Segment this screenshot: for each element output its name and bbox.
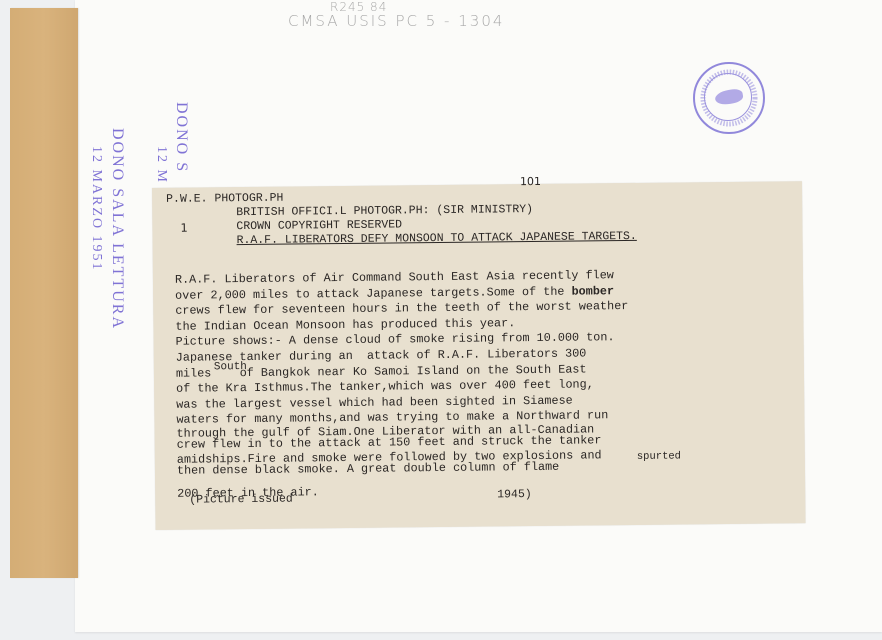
header-line-pwe: P.W.E. PHOTOGR.PH bbox=[166, 192, 283, 206]
stamp-dono-sala-lettura: DONO SALA LETTURA bbox=[108, 128, 126, 330]
inserted-word-south: South bbox=[214, 360, 247, 376]
caption-body: R.A.F. Liberators of Air Command South E… bbox=[175, 268, 630, 502]
page-number: 101 bbox=[520, 175, 541, 188]
picture-issued-label: (Picture issued bbox=[189, 493, 293, 507]
stamp-text: 12 MARZO 1951 bbox=[89, 146, 104, 272]
inserted-word-spurted: spurted bbox=[637, 451, 681, 462]
library-round-seal bbox=[693, 62, 765, 134]
inserted-word-bomber: bomber bbox=[571, 284, 614, 298]
stamp-date-upper: 12 M bbox=[153, 146, 169, 184]
handwritten-archive-code: CMSA USIS PC 5 - 1304 bbox=[288, 12, 504, 30]
header-line-crown-copyright: CROWN COPYRIGHT RESERVED bbox=[236, 218, 402, 233]
stamp-dono-upper: DONO S bbox=[172, 102, 190, 173]
stamp-text: DONO S bbox=[173, 102, 190, 173]
item-number: 1 bbox=[180, 222, 187, 235]
stamp-text: DONO SALA LETTURA bbox=[109, 128, 126, 330]
kraft-paper-tape bbox=[10, 8, 78, 578]
issued-year: 1945) bbox=[497, 488, 532, 501]
stamp-date-marzo: 12 MARZO 1951 bbox=[88, 146, 104, 272]
header-line-british-official: BRITISH OFFICI.L PHOTOGR.PH: (SIR MINIST… bbox=[236, 203, 533, 219]
typed-caption-slip: 101 P.W.E. PHOTOGR.PH BRITISH OFFICI.L P… bbox=[152, 181, 806, 530]
stamp-text: 12 M bbox=[154, 146, 169, 184]
caption-title: R.A.F. LIBERATORS DEFY MONSOON TO ATTACK… bbox=[236, 230, 636, 247]
